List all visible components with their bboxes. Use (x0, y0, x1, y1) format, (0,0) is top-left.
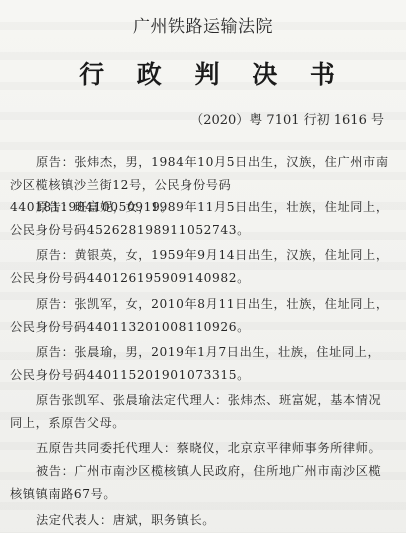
attorney-paragraph: 五原告共同委托代理人：蔡晓仪，北京京平律师事务所律师。 (10, 437, 390, 460)
party-label: 原告： (36, 155, 74, 169)
case-number: （2020）粤 7101 行初 1616 号 (190, 109, 384, 128)
party-label: 原告： (36, 297, 74, 311)
paragraph-text: 五原告共同委托代理人：蔡晓仪，北京京平律师事务所律师。 (36, 441, 381, 455)
defendant-paragraph: 被告：广州市南沙区榄核镇人民政府，住所地广州市南沙区榄核镇镇南路67号。 (10, 460, 390, 505)
paragraph-text: 法定代表人：唐斌，职务镇长。 (36, 513, 215, 527)
plaintiff-paragraph-3: 原告：黄银英，女，1959年9月14日出生，汉族，住址同上，公民身份号码4401… (10, 244, 390, 289)
document-type-title: 行 政 判 决 书 (0, 55, 406, 91)
party-label: 原告： (36, 200, 74, 214)
scanned-page: 广州铁路运输法院 行 政 判 决 书 （2020）粤 7101 行初 1616 … (0, 0, 406, 533)
paragraph-text: 原告张凯军、张晨瑜法定代理人：张炜杰、班富妮，基本情况同上，系原告父母。 (10, 393, 381, 430)
legal-representative-paragraph: 法定代表人：唐斌，职务镇长。 (10, 509, 390, 532)
legal-guardian-paragraph: 原告张凯军、张晨瑜法定代理人：张炜杰、班富妮，基本情况同上，系原告父母。 (10, 389, 390, 434)
party-label: 原告： (36, 248, 74, 262)
plaintiff-paragraph-2: 原告：班富妮，女，1989年11月5日出生，壮族，住址同上，公民身份号码4526… (10, 196, 390, 241)
court-name: 广州铁路运输法院 (0, 12, 406, 37)
plaintiff-paragraph-5: 原告：张晨瑜，男，2019年1月7日出生，壮族，住址同上，公民身份号码44011… (10, 341, 390, 386)
plaintiff-paragraph-4: 原告：张凯军，女，2010年8月11日出生，壮族，住址同上，公民身份号码4401… (10, 293, 390, 338)
party-label: 被告： (36, 464, 74, 478)
party-label: 原告： (36, 345, 74, 359)
